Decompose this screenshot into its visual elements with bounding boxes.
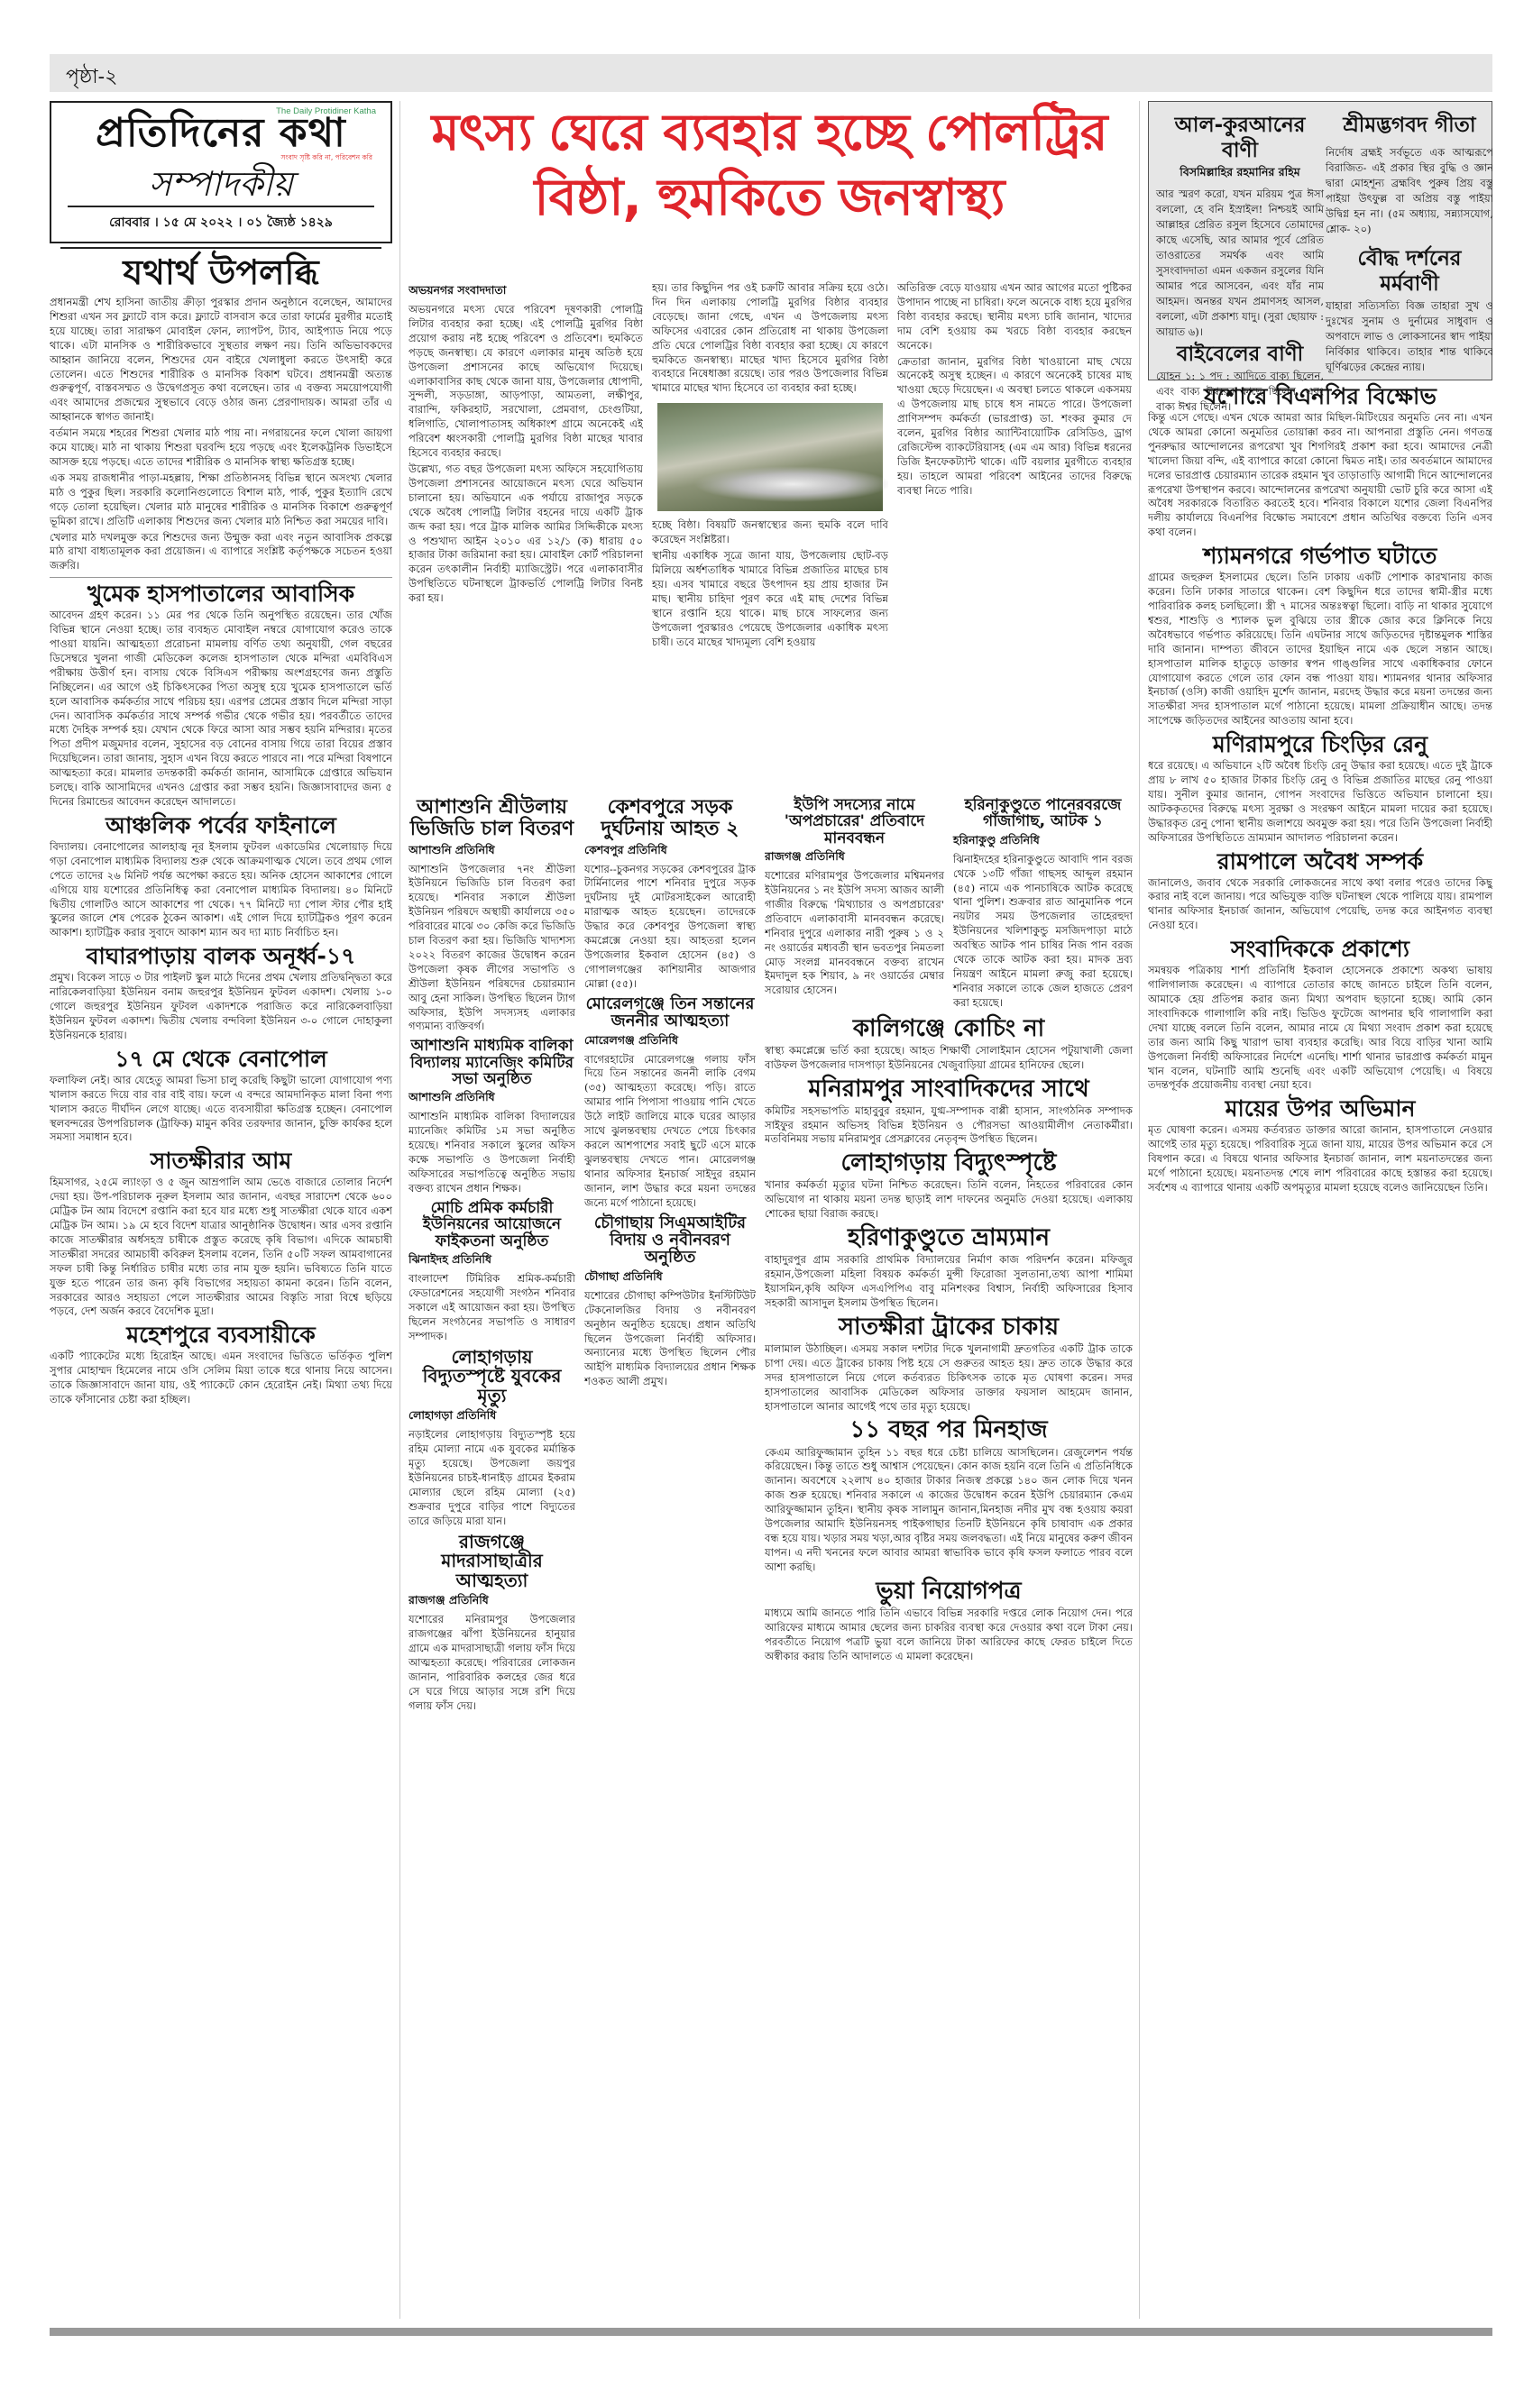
article-headline: মোচি প্রমিক কর্মচারী ইউনিয়নের আয়োজনে ফ… <box>408 1200 575 1250</box>
article: ভুয়া নিয়োগপত্র মাধ্যমে আমি জানতে পারি … <box>765 1579 1133 1664</box>
article: চৌগাছায় সিএমআইটির বিদায় ও নবীনবরণ অনুষ… <box>584 1214 756 1390</box>
article-byline: কেশবপুর প্রতিনিধি <box>584 843 756 861</box>
article-body: ঝিনাইদহের হরিনাকুণ্ডুতে আবাদি পান বরজ থে… <box>953 853 1133 1011</box>
article-headline: সাতক্ষীরার আম <box>50 1149 392 1173</box>
article-headline: কালিগঞ্জে কোচিং না <box>765 1016 1133 1041</box>
bible-text: যোহন ১: ১ পদ : আদিতে বাক্য ছিলেন, এবং বা… <box>1156 369 1324 415</box>
article: মোচি প্রমিক কর্মচারী ইউনিয়নের আয়োজনে ফ… <box>408 1200 575 1344</box>
article-headline: কেশবপুরে সড়ক দুর্ঘটনায় আহত ২ <box>584 797 756 840</box>
editorial-paragraph: খেলার মাঠ দখলমুক্ত করে শিশুদের জন্য উন্ম… <box>50 531 392 574</box>
article-byline: রাজগঞ্জ প্রতিনিধি <box>765 849 944 867</box>
article-body: বিদ্যালয়। বেনাপোলের আলহাজ্ব নূর ইসলাম ফ… <box>50 840 392 940</box>
article-body: কেএম আরিফুজ্জামান তুহিন ১১ বছর ধরে চেষ্ট… <box>765 1446 1133 1575</box>
article-headline: সংবাদিককে প্রকাশ্যে <box>1148 937 1492 961</box>
article-body: হিমসাগর, ২৫মে ল্যাংড়া ও ৫ জুন আম্রপালি … <box>50 1176 392 1319</box>
lead-byline: অভয়নগর সংবাদদাতা <box>408 283 643 301</box>
religious-quotes-box: আল-কুরআনের বাণী বিসমিল্লাহির রহমানির রহি… <box>1148 101 1492 380</box>
article: আশাশুনি মাধ্যমিক বালিকা বিদ্যালয় ম্যানে… <box>408 1038 575 1196</box>
newspaper-page: পৃষ্ঠা-২ The Daily Protidiner Katha প্রত… <box>50 54 1492 2362</box>
editorial-title: যথার্থ উপলব্ধি <box>60 247 381 292</box>
lead-paragraph: স্থানীয় একাধিক সূত্রে জানা যায়, উপজেলা… <box>652 549 888 649</box>
article: ১১ বছর পর মিনহাজ কেএম আরিফুজ্জামান তুহিন… <box>765 1417 1133 1574</box>
section-title: সম্পাদকীয় <box>64 164 378 204</box>
masthead-logo: প্রতিদিনের কথা <box>64 114 378 153</box>
quran-subtitle: বিসমিল্লাহির রহমানির রহিম <box>1156 165 1324 183</box>
article: হরিনাকুণ্ডুতে পানেরবরজে গাঁজাগাছ, আটক ১ … <box>953 793 1133 1012</box>
lead-paragraph: হচ্ছে বিষ্ঠা। বিষয়টি জনস্বাস্থ্যের জন্য… <box>652 518 888 547</box>
article-body: একটি প্যাকেটের মধ্যে হিরোইন আছে। এমন সংব… <box>50 1350 392 1407</box>
article: কালিগঞ্জে কোচিং না স্বাস্থ্য কমপ্লেক্সে … <box>765 1016 1133 1073</box>
article-headline: মোরেলগঞ্জে তিন সন্তানের জননীর আত্মহত্যা <box>584 995 756 1030</box>
article-headline: সাতক্ষীরা ট্রাকের চাকায় <box>765 1314 1133 1340</box>
gita-text: নির্দোষ ব্রহ্মই সর্বভূতে এক আত্মরূপে বির… <box>1326 145 1492 237</box>
mid-column-1: আশাশুনি শ্রীউলায় ভিজিডি চাল বিতরণ আশাশু… <box>408 793 575 2326</box>
article-body: ধরে রয়েছে। এ অভিযানে ২টি অবৈধ চিংড়ি রে… <box>1148 759 1492 845</box>
article-headline: হরিণাকুণ্ডুতে ভ্রাম্যমান <box>765 1225 1133 1250</box>
lead-paragraph: অতিরিক্ত বেড়ে যাওয়ায় এখন আর আগের মতো … <box>897 281 1132 353</box>
article-headline: আঞ্চলিক পর্বের ফাইনালে <box>50 813 392 838</box>
article-byline: রাজগঞ্জ প্রতিনিধি <box>408 1593 575 1611</box>
article-headline: মণিরামপুরে চিংড়ির রেনু <box>1148 732 1492 756</box>
article-body: মৃত ঘোষণা করেন। এসময় কর্তব্যরত ডাক্তার … <box>1148 1123 1492 1195</box>
article-headline: চৌগাছায় সিএমআইটির বিদায় ও নবীনবরণ অনুষ… <box>584 1214 756 1267</box>
article: লোহাগড়ায় বিদ্যুৎস্পৃষ্টে খানার কর্মকর্… <box>765 1150 1133 1222</box>
article-body: মালামাল উঠাচ্ছিল। এসময় সকাল দশটার দিকে … <box>765 1342 1133 1415</box>
article-byline: আশাশুনি প্রতিনিধি <box>408 843 575 861</box>
article: ১৭ মে থেকে বেনাপোল ফলাফিল নেই। আর যেহেতু… <box>50 1047 392 1146</box>
article: মহেশপুরে ব্যবসায়ীকে একটি প্যাকেটের মধ্য… <box>50 1323 392 1407</box>
article: ইউপি সদস্যের নামে 'অপপ্রচারের' প্রতিবাদে… <box>765 793 944 1012</box>
article-body: আশাশুনি মাধ্যমিক বালিকা বিদ্যালয়ের ম্যা… <box>408 1110 575 1195</box>
mid-column-2: কেশবপুরে সড়ক দুর্ঘটনায় আহত ২ কেশবপুর প… <box>584 793 756 2326</box>
article-body: নড়াইলের লোহাগড়ায় বিদ্যুতস্পৃষ্ট হয়ে … <box>408 1428 575 1528</box>
article-body: ফলাফিল নেই। আর যেহেতু আমরা ভিসা চালু করে… <box>50 1074 392 1146</box>
right-column: আল-কুরআনের বাণী বিসমিল্লাহির রহমানির রহি… <box>1148 101 1492 2323</box>
gita-title: শ্রীমদ্ভগবদ গীতা <box>1326 113 1492 138</box>
article-body: আবেদন গ্রহণ করেন। ১১ মের পর থেকে তিনি অন… <box>50 609 392 810</box>
article-body: স্বাস্থ্য কমপ্লেক্সে ভর্তি করা হয়েছে। আ… <box>765 1044 1133 1073</box>
article-body: বাংলাদেশ টিমিরিক শ্রমিক-কর্মচারী ফেডারেশ… <box>408 1272 575 1344</box>
masthead-english-name: The Daily Protidiner Katha <box>276 106 376 116</box>
column-divider <box>399 101 400 2319</box>
lead-paragraph: ক্রেতারা জানান, মুরগির বিষ্ঠা খাওয়ানো ম… <box>897 355 1132 499</box>
article: হরিণাকুণ্ডুতে ভ্রাম্যমান বাহাদুরপুর গ্রা… <box>765 1225 1133 1311</box>
article-body: প্রমুখ। বিকেল সাড়ে ৩ টার পাইলট স্কুল মা… <box>50 971 392 1043</box>
lead-headline: মৎস্য ঘেরে ব্যবহার হচ্ছে পোলট্রির বিষ্ঠা… <box>408 101 1130 231</box>
lead-photo <box>657 403 883 511</box>
article-body: কমিটির সহসভাপতি মাহাবুবুর রহমান, যুগ্ম-স… <box>765 1104 1133 1148</box>
article-body: যশোর--চুকনগর সড়কের কেশবপুরের ট্রাক টার্… <box>584 863 756 992</box>
date-line: রোববার । ১৫ মে ২০২২ । ০১ জ্যৈষ্ঠ ১৪২৯ <box>64 209 378 233</box>
page-number: পৃষ্ঠা-২ <box>66 61 117 95</box>
article-headline: রামপালে অবৈধ সম্পর্ক <box>1148 849 1492 874</box>
article: সাতক্ষীরা ট্রাকের চাকায় মালামাল উঠাচ্ছি… <box>765 1314 1133 1415</box>
article-headline: ভুয়া নিয়োগপত্র <box>765 1579 1133 1604</box>
article: সংবাদিককে প্রকাশ্যে সমন্বয়ক পত্রিকায় শ… <box>1148 937 1492 1093</box>
bible-title: বাইবেলের বাণী <box>1156 342 1324 367</box>
article-body: আশাশুনি উপজেলার ৭নং শ্রীউলা ইউনিয়নে ভিজ… <box>408 863 575 1035</box>
article-headline: আশাশুনি শ্রীউলায় ভিজিডি চাল বিতরণ <box>408 797 575 840</box>
article: আশাশুনি শ্রীউলায় ভিজিডি চাল বিতরণ আশাশু… <box>408 797 575 1034</box>
column-divider <box>1139 101 1140 2319</box>
article-body: গ্রামের জহুরুল ইসলামের ছেলে। তিনি ঢাকায়… <box>1148 571 1492 728</box>
divider <box>50 577 392 578</box>
editorial-paragraph: প্রধানমন্ত্রী শেখ হাসিনা জাতীয় ক্রীড়া … <box>50 296 392 425</box>
editorial-paragraph: বর্তমান সময়ে শহরের শিশুরা খেলার মাঠ পায… <box>50 426 392 470</box>
article: মায়ের উপর অভিমান মৃত ঘোষণা করেন। এসময় … <box>1148 1096 1492 1195</box>
article: মনিরামপুর সাংবাদিকদের সাথে কমিটির সহসভাপ… <box>765 1076 1133 1148</box>
article-headline: হরিনাকুণ্ডুতে পানেরবরজে গাঁজাগাছ, আটক ১ <box>953 797 1133 830</box>
article-headline: লোহাগড়ায় বিদ্যুতস্পৃষ্টে যুবকের মৃত্যু <box>408 1348 575 1406</box>
editorial-paragraph: এক সময় রাজধানীর পাড়া-মহল্লায়, শিক্ষা … <box>50 472 392 529</box>
article: খুমেক হাসপাতালের আবাসিক আবেদন গ্রহণ করেন… <box>50 581 392 810</box>
article-headline: আশাশুনি মাধ্যমিক বালিকা বিদ্যালয় ম্যানে… <box>408 1038 575 1087</box>
article-byline: হরিনাকুণ্ডু প্রতিনিধি <box>953 833 1133 851</box>
buddha-title: বৌদ্ধ দর্শনের মর্মবাণী <box>1326 246 1492 297</box>
gita-section: শ্রীমদ্ভগবদ গীতা নির্দোষ ব্রহ্মই সর্বভূত… <box>1326 111 1492 375</box>
article-byline: আশাশুনি প্রতিনিধি <box>408 1090 575 1108</box>
lead-story-col-3: অতিরিক্ত বেড়ে যাওয়ায় এখন আর আগের মতো … <box>897 281 1132 786</box>
article: সাতক্ষীরার আম হিমসাগর, ২৫মে ল্যাংড়া ও ৫… <box>50 1149 392 1319</box>
page-footer-bar <box>50 2328 1492 2336</box>
article-body: খানার কর্মকর্তা মৃত্যুর ঘটনা নিশ্চিত করে… <box>765 1178 1133 1222</box>
buddha-text: যাহারা সত্যিসত্যি বিজ্ঞ তাহারা সুখ ও দুঃ… <box>1326 298 1492 375</box>
article-byline: চৌগাছা প্রতিনিধি <box>584 1269 756 1287</box>
quran-title: আল-কুরআনের বাণী <box>1156 113 1324 163</box>
article-body: সমন্বয়ক পত্রিকায় শার্শা প্রতিনিধি ইকবা… <box>1148 964 1492 1093</box>
article-byline: মোরেলগঞ্জ প্রতিনিধি <box>584 1033 756 1051</box>
article-pair: ইউপি সদস্যের নামে 'অপপ্রচারের' প্রতিবাদে… <box>765 793 1133 1012</box>
lead-paragraph: অভয়নগরে মৎস্য ঘেরে পরিবেশ দূষণকারী পোলট… <box>408 303 643 461</box>
article-headline: ইউপি সদস্যের নামে 'অপপ্রচারের' প্রতিবাদে… <box>765 797 944 847</box>
article: লোহাগড়ায় বিদ্যুতস্পৃষ্টে যুবকের মৃত্যু… <box>408 1348 575 1529</box>
article: বাঘারপাড়ায় বালক অনূর্ধ্ব-১৭ প্রমুখ। বি… <box>50 944 392 1043</box>
left-column: The Daily Protidiner Katha প্রতিদিনের কথ… <box>50 101 392 2323</box>
divider <box>68 206 374 207</box>
lead-paragraph: উল্লেখ্য, গত বছর উপজেলা মৎস্য অফিসে সহযো… <box>408 462 643 606</box>
article: মণিরামপুরে চিংড়ির রেনু ধরে রয়েছে। এ অভ… <box>1148 732 1492 845</box>
article-body: কিন্তু এসে গেছে। এখন থেকে আমরা আর মিছিল-… <box>1148 411 1492 540</box>
article-headline: শ্যামনগরে গর্ভপাত ঘটাতে <box>1148 544 1492 568</box>
article: কেশবপুরে সড়ক দুর্ঘটনায় আহত ২ কেশবপুর প… <box>584 797 756 992</box>
quran-text: আর স্মরণ করো, যখন মরিয়ম পুত্র ঈসা বললো,… <box>1156 187 1324 340</box>
article: আঞ্চলিক পর্বের ফাইনালে বিদ্যালয়। বেনাপো… <box>50 813 392 940</box>
article-headline: মনিরামপুর সাংবাদিকদের সাথে <box>765 1076 1133 1102</box>
article: শ্যামনগরে গর্ভপাত ঘটাতে গ্রামের জহুরুল ই… <box>1148 544 1492 728</box>
article: রাজগঞ্জে মাদরাসাছাত্রীর আত্মহত্যা রাজগঞ্… <box>408 1533 575 1714</box>
article-body: বাগেরহাটের মোরেলগঞ্জে গলায় ফাঁস দিয়ে ত… <box>584 1053 756 1211</box>
article: রামপালে অবৈধ সম্পর্ক জানালেও, জবাব থেকে … <box>1148 849 1492 934</box>
article-body: জানালেও, জবাব থেকে সরকারি লোকজনের সাথে ক… <box>1148 876 1492 934</box>
lead-story-col-1: অভয়নগর সংবাদদাতা অভয়নগরে মৎস্য ঘেরে পর… <box>408 281 643 786</box>
masthead: The Daily Protidiner Katha প্রতিদিনের কথ… <box>50 101 392 243</box>
article-body: মাধ্যমে আমি জানতে পারি তিনি এভাবে বিভিন্… <box>765 1607 1133 1664</box>
article-headline: লোহাগড়ায় বিদ্যুৎস্পৃষ্টে <box>765 1150 1133 1176</box>
article: মোরেলগঞ্জে তিন সন্তানের জননীর আত্মহত্যা … <box>584 995 756 1211</box>
article-headline: রাজগঞ্জে মাদরাসাছাত্রীর আত্মহত্যা <box>408 1533 575 1591</box>
article-headline: ১১ বছর পর মিনহাজ <box>765 1417 1133 1442</box>
article-body: যশোরের চৌগাছা কম্পিউটার ইনস্টিটিউট টেকনো… <box>584 1289 756 1389</box>
article-body: যশোরের মনিরামপুর উপজেলার রাজগঞ্জের ঝাঁপা… <box>408 1613 575 1713</box>
article-headline: বাঘারপাড়ায় বালক অনূর্ধ্ব-১৭ <box>50 944 392 968</box>
article-headline: মায়ের উপর অভিমান <box>1148 1096 1492 1121</box>
article-headline: মহেশপুরে ব্যবসায়ীকে <box>50 1323 392 1347</box>
quran-section: আল-কুরআনের বাণী বিসমিল্লাহির রহমানির রহি… <box>1156 111 1324 415</box>
page-header-bar: পৃষ্ঠা-২ <box>50 54 1492 92</box>
article-headline: খুমেক হাসপাতালের আবাসিক <box>50 581 392 606</box>
article-body: যশোরের মণিরামপুর উপজেলার মশ্বিমনগর ইউনিয… <box>765 869 944 998</box>
article-body: বাহাদুরপুর গ্রাম সরকারি প্রাথমিক বিদ্যাল… <box>765 1253 1133 1311</box>
article-byline: লোহাগড়া প্রতিনিধি <box>408 1408 575 1426</box>
mid-column-3: ইউপি সদস্যের নামে 'অপপ্রচারের' প্রতিবাদে… <box>765 793 1133 2326</box>
lead-story-col-2: হয়। তার কিছুদিন পর ওই চক্রটি আবার সক্রি… <box>652 281 888 786</box>
lead-headline-block: মৎস্য ঘেরে ব্যবহার হচ্ছে পোলট্রির বিষ্ঠা… <box>408 101 1130 272</box>
article-headline: ১৭ মে থেকে বেনাপোল <box>50 1047 392 1071</box>
lead-paragraph: হয়। তার কিছুদিন পর ওই চক্রটি আবার সক্রি… <box>652 281 888 396</box>
article-byline: ঝিনাইদহ প্রতিনিধি <box>408 1252 575 1270</box>
